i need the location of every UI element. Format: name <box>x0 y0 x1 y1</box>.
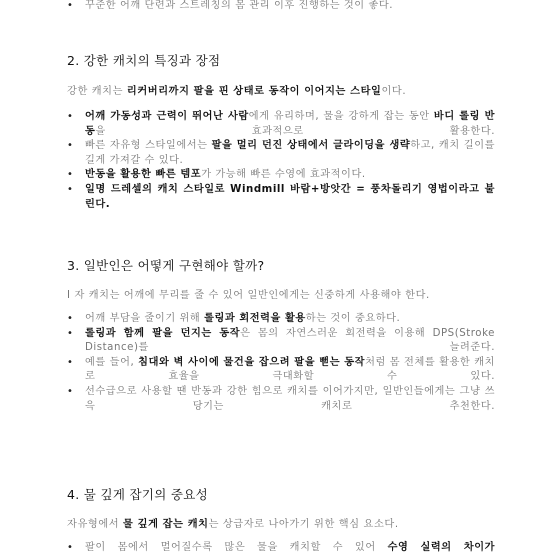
section2-heading: 2. 강한 캐치의 특징과 장점 <box>67 51 495 69</box>
bold-text-run: 침대와 벽 사이에 물건을 잡으려 팔을 뻗는 동작 <box>138 357 365 368</box>
section2-intro: 강한 캐치는 리커버리까지 팔을 핀 상태로 동작이 이어지는 스타일이다. <box>67 82 495 97</box>
text-run: 빠른 자유형 스타일에서는 <box>85 140 212 151</box>
bold-text-run: 반동을 활용한 빠른 템포 <box>85 169 201 180</box>
bold-text-run: 수영 실력의 차이가 <box>388 542 495 553</box>
section1-bullet-list: 꾸준한 어깨 단련과 스트레칭의 몸 관리 이후 진행하는 것이 좋다. <box>67 0 495 14</box>
bullet-item: 어깨 부담을 줄이기 위해 롤링과 회전력을 활용하는 것이 중요하다. <box>67 312 495 327</box>
bold-text-run: 리커버리까지 팔을 핀 상태로 동작이 이어지는 스타일 <box>127 86 382 97</box>
bold-text-run: 물 깊게 잡는 캐치 <box>123 519 209 530</box>
section3-heading: 3. 일반인은 어떻게 구현해야 할까? <box>67 256 495 274</box>
text-run: 예를 들어, <box>85 357 138 368</box>
text-run: 을 효과적으로 활용한다. <box>95 126 495 137</box>
bullet-item: 꾸준한 어깨 단련과 스트레칭의 몸 관리 이후 진행하는 것이 좋다. <box>67 0 495 14</box>
text-run: 하는 것이 중요하다. <box>306 313 401 324</box>
text-run: 가 가능해 빠른 수영에 효과적이다. <box>201 169 365 180</box>
bullet-item: 팔이 몸에서 멀어질수록 많은 물을 캐치할 수 있어 수영 실력의 차이가 <box>67 541 495 556</box>
bold-text-run: 어깨 가동성과 근력이 뛰어난 사람 <box>85 111 249 122</box>
section4-intro: 자유형에서 물 깊게 잡는 캐치는 상급자로 나아가기 위한 핵심 요소다. <box>67 515 495 530</box>
text-run: 에게 유리하며, 물을 강하게 잡는 동안 <box>249 111 434 122</box>
text-run: 어깨 부담을 줄이기 위해 <box>85 313 204 324</box>
text-run: 강한 캐치는 <box>67 86 127 97</box>
document-page: 꾸준한 어깨 단련과 스트레칭의 몸 관리 이후 진행하는 것이 좋다. 2. … <box>0 0 560 560</box>
bullet-item: 어깨 가동성과 근력이 뛰어난 사람에게 유리하며, 물을 강하게 잡는 동안 … <box>67 110 495 139</box>
section4-heading: 4. 물 깊게 잡기의 중요성 <box>67 485 495 503</box>
text-run: 꾸준한 어깨 단련과 스트레칭의 몸 관리 이후 진행하는 것이 좋다. <box>85 0 393 11</box>
bullet-item: 선수급으로 사용할 땐 반동과 강한 힘으로 캐치를 이어가지만, 일반인들에게… <box>67 385 495 414</box>
bold-text-run: 롤링과 회전력을 활용 <box>204 313 306 324</box>
bold-text-run: 팔을 멀리 던진 상태에서 글라이딩을 생략 <box>212 140 411 151</box>
text-run: I 자 캐치는 어깨에 무리를 줄 수 있어 일반인에게는 신중하게 사용해야 … <box>67 290 430 301</box>
bullet-item: 롤링과 함께 팔을 던지는 동작은 몸의 자연스러운 회전력을 이용해 DPS(… <box>67 327 495 356</box>
bullet-item: 예를 들어, 침대와 벽 사이에 물건을 잡으려 팔을 뻗는 동작처럼 몸 전체… <box>67 356 495 385</box>
text-run: 자유형에서 <box>67 519 123 530</box>
text-run: 선수급으로 사용할 땐 반동과 강한 힘으로 캐치를 이어가지만, 일반인들에게… <box>85 386 495 412</box>
section3-intro: I 자 캐치는 어깨에 무리를 줄 수 있어 일반인에게는 신중하게 사용해야 … <box>67 286 495 301</box>
bold-text-run: 롤링과 함께 팔을 던지는 동작 <box>85 328 240 339</box>
section2-bullet-list: 어깨 가동성과 근력이 뛰어난 사람에게 유리하며, 물을 강하게 잡는 동안 … <box>67 110 495 212</box>
text-run: 팔이 몸에서 멀어질수록 많은 물을 캐치할 수 있어 <box>85 542 388 553</box>
section3-bullet-list: 어깨 부담을 줄이기 위해 롤링과 회전력을 활용하는 것이 중요하다.롤링과 … <box>67 312 495 414</box>
text-run: 이다. <box>381 86 406 97</box>
bold-text-run: 일명 드레셀의 캐치 스타일로 Windmill 바람+방앗간 = 풍차돌리기 … <box>85 184 495 210</box>
bullet-item: 빠른 자유형 스타일에서는 팔을 멀리 던진 상태에서 글라이딩을 생략하고, … <box>67 139 495 168</box>
bullet-item: 반동을 활용한 빠른 템포가 가능해 빠른 수영에 효과적이다. <box>67 168 495 183</box>
bullet-item: 일명 드레셀의 캐치 스타일로 Windmill 바람+방앗간 = 풍차돌리기 … <box>67 183 495 212</box>
section4-bullet-list: 팔이 몸에서 멀어질수록 많은 물을 캐치할 수 있어 수영 실력의 차이가 <box>67 541 495 556</box>
text-run: 는 상급자로 나아가기 위한 핵심 요소다. <box>209 519 399 530</box>
